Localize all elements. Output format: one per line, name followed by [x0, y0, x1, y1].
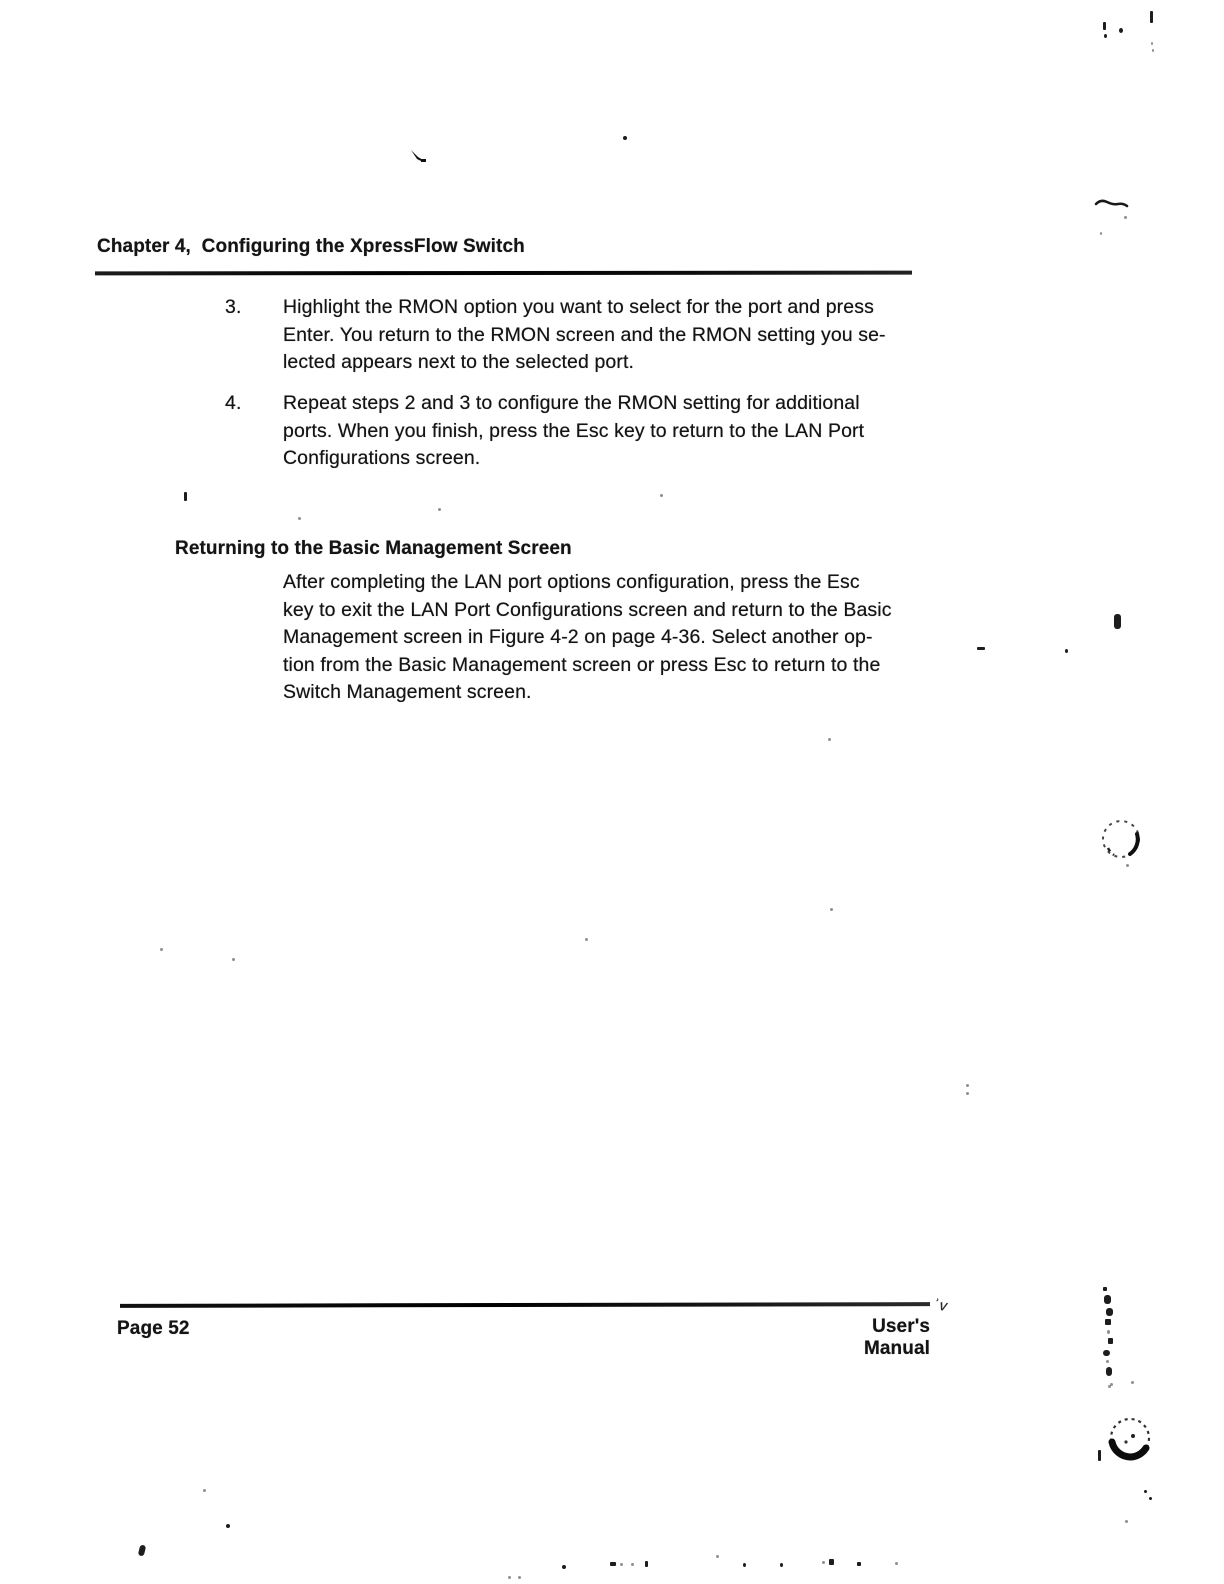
ink-speck	[1126, 864, 1129, 867]
ink-speck	[562, 1565, 566, 1569]
ink-speck	[966, 1084, 969, 1087]
ink-speck	[1131, 1381, 1134, 1384]
ink-speck	[1065, 649, 1068, 653]
ink-speck	[1149, 1497, 1152, 1500]
ink-speck	[857, 1562, 861, 1566]
ink-speck	[620, 1563, 623, 1566]
step-text-line: ports. When you finish, press the Esc ke…	[283, 418, 915, 446]
step-number: 3.	[225, 294, 241, 322]
ink-speck	[438, 508, 441, 511]
ink-speck	[232, 958, 235, 961]
ink-speck	[1108, 1338, 1113, 1344]
tilde-mark-artifact	[1094, 197, 1130, 211]
ink-speck	[1103, 1287, 1107, 1291]
ink-speck	[966, 1092, 969, 1095]
paragraph-line: After completing the LAN port options co…	[283, 569, 923, 597]
ink-speck	[1103, 22, 1106, 30]
step-text-line: lected appears next to the selected port…	[283, 349, 915, 377]
v-scribble-artifact: ʾ v	[932, 1296, 948, 1315]
ink-speck	[203, 1489, 206, 1492]
ink-speck	[1152, 49, 1154, 52]
ink-speck	[1106, 1367, 1112, 1376]
ink-speck	[895, 1562, 898, 1565]
step-text-line: Repeat steps 2 and 3 to configure the RM…	[283, 390, 915, 418]
ink-speck	[1100, 232, 1102, 235]
ink-speck	[1104, 34, 1107, 38]
step-text: Highlight the RMON option you want to se…	[283, 294, 915, 377]
ink-speck	[1106, 1360, 1109, 1363]
ink-speck	[1119, 28, 1123, 33]
ink-speck	[1098, 1450, 1101, 1461]
step-text-line: Configurations screen.	[283, 445, 915, 473]
ink-speck	[623, 136, 627, 140]
ink-speck	[508, 1576, 511, 1579]
footer-page-number: Page 52	[117, 1318, 190, 1340]
ink-speck	[1107, 1330, 1110, 1334]
ink-speck	[660, 494, 663, 497]
ink-speck	[716, 1555, 719, 1558]
footer-manual-label: User's Manual	[810, 1316, 930, 1360]
step-number: 4.	[225, 390, 241, 418]
ink-speck	[160, 948, 163, 951]
step-text-line: Enter. You return to the RMON screen and…	[283, 322, 915, 350]
step-text-line: Highlight the RMON option you want to se…	[283, 294, 915, 322]
ink-speck	[780, 1563, 783, 1567]
header-rule	[95, 271, 912, 276]
ink-speck	[610, 1562, 616, 1566]
ink-checkmark-artifact	[409, 147, 431, 165]
ink-speck	[1151, 42, 1153, 45]
ink-speck	[585, 938, 588, 941]
ink-speck	[1150, 11, 1153, 23]
ink-speck	[184, 492, 187, 501]
ink-speck	[631, 1563, 634, 1566]
ink-speck	[1124, 216, 1127, 219]
chapter-header: Chapter 4, Configuring the XpressFlow Sw…	[97, 236, 525, 258]
ink-speck	[829, 1559, 834, 1565]
ink-speck	[298, 517, 301, 520]
ink-speck	[1110, 1383, 1113, 1386]
footer-rule	[120, 1302, 930, 1308]
paragraph-line: Management screen in Figure 4-2 on page …	[283, 624, 923, 652]
scanned-manual-page: Chapter 4, Configuring the XpressFlow Sw…	[0, 0, 1224, 1584]
ink-speck	[226, 1524, 230, 1528]
ink-speck	[830, 908, 833, 911]
paragraph-line: Switch Management screen.	[283, 679, 923, 707]
ink-speck	[1114, 614, 1121, 629]
ink-speck	[1103, 1350, 1110, 1356]
ink-blot-ring-artifact	[1104, 1414, 1158, 1466]
ink-speck	[645, 1561, 648, 1567]
step-text: Repeat steps 2 and 3 to configure the RM…	[283, 390, 915, 473]
ink-speck	[1144, 1490, 1147, 1493]
ink-speck	[828, 738, 831, 741]
ink-speck	[1105, 1319, 1111, 1325]
ink-speck	[1125, 1520, 1128, 1523]
ink-speck	[138, 1544, 146, 1556]
hole-punch-ring-artifact	[1098, 816, 1144, 862]
section-heading: Returning to the Basic Management Screen	[175, 538, 572, 560]
paragraph-line: key to exit the LAN Port Configurations …	[283, 597, 923, 625]
ink-speck	[822, 1561, 825, 1564]
ink-speck	[1106, 1308, 1113, 1316]
paragraph-line: tion from the Basic Management screen or…	[283, 652, 923, 680]
ink-speck	[743, 1563, 746, 1567]
section-paragraph: After completing the LAN port options co…	[283, 569, 923, 707]
ink-speck	[1104, 1295, 1111, 1304]
ink-speck	[518, 1576, 521, 1579]
ink-speck	[977, 647, 985, 650]
